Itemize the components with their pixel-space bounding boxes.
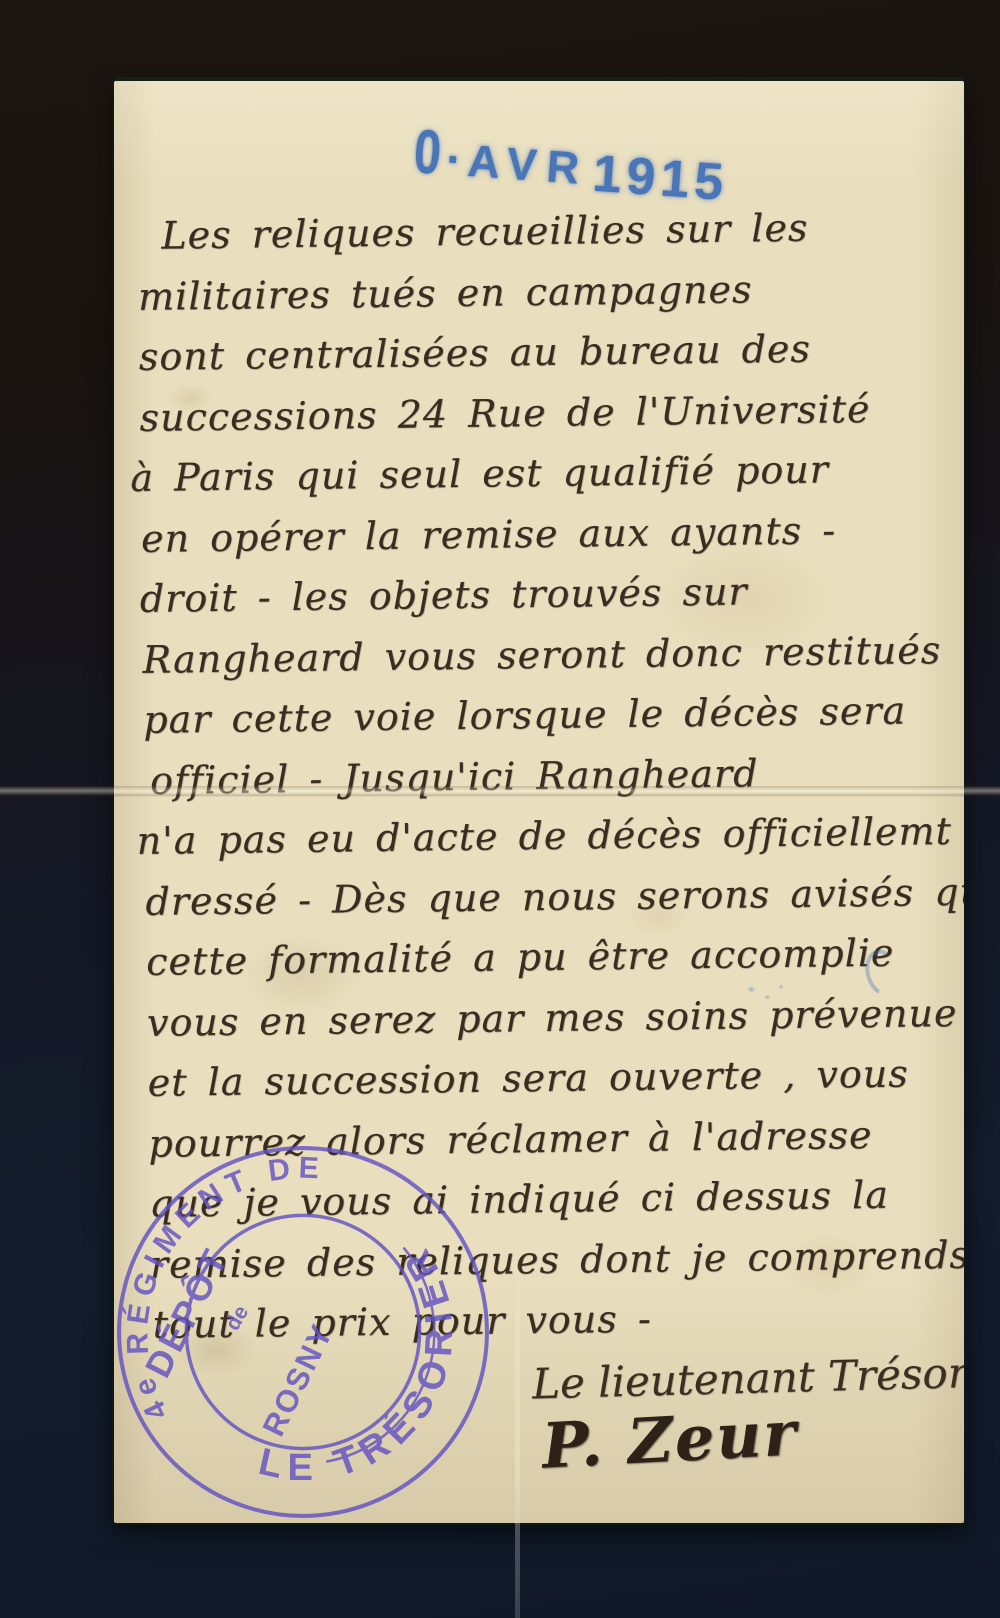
date-stamp: 0·AVR1915 [408,116,731,209]
letter-line: militaires tués en campagnes [126,257,943,327]
date-stamp-day: 0 [412,116,444,189]
vertical-fold-crease [515,1252,520,1618]
letter-line: droit - les objets trouvés sur [129,559,946,629]
stamp-de-text: de [221,1301,253,1334]
letter-line: en opérer la remise aux ayants - [129,499,946,569]
letter-line: officiel - Jusqu'ici Rangheard [132,741,949,811]
scanned-letter-scene: 0·AVR1915 Les reliques recueillies sur l… [0,0,1000,1618]
letter-line: Les reliques recueillies sur les [125,196,942,266]
letter-line: par cette voie lorsque le décès sera [131,680,948,750]
stamp-arc-text-path: LE TRÉSORIER [255,1236,462,1490]
letter-line: à Paris qui seul est qualifié pour [128,438,945,508]
letter-line: vous en serez par mes soins prévenue [135,982,952,1052]
letter-line: sont centralisées au bureau des [126,317,943,387]
horizontal-fold-crease [0,786,1000,797]
letter-paper: 0·AVR1915 Les reliques recueillies sur l… [114,81,964,1523]
letter-line: Rangheard vous seront donc restitués [130,620,947,690]
date-stamp-dot: · [445,132,464,185]
letter-line: et la succession sera ouverte , vous [135,1043,952,1113]
letter-signature: P. Zeur [540,1396,799,1482]
letter-line: cette formalité a pu être accomplie [134,922,951,992]
letter-line: n'a pas eu d'acte de décès officiellemt [132,801,949,871]
letter-line: dressé - Dès que nous serons avisés que [133,862,950,932]
blue-ink-smudge [742,979,788,1005]
stamp-rosny-text: ROSNY [256,1318,340,1442]
date-stamp-month: AVR [466,135,591,194]
stamp-arc-text: LE TRÉSORIER [255,1236,462,1490]
regiment-round-stamp: 4e RÉGIMENT DE LE TRÉSORIER DÉPÔT de ROS… [114,1137,498,1523]
letter-line: successions 24 Rue de l'Université [127,378,944,448]
